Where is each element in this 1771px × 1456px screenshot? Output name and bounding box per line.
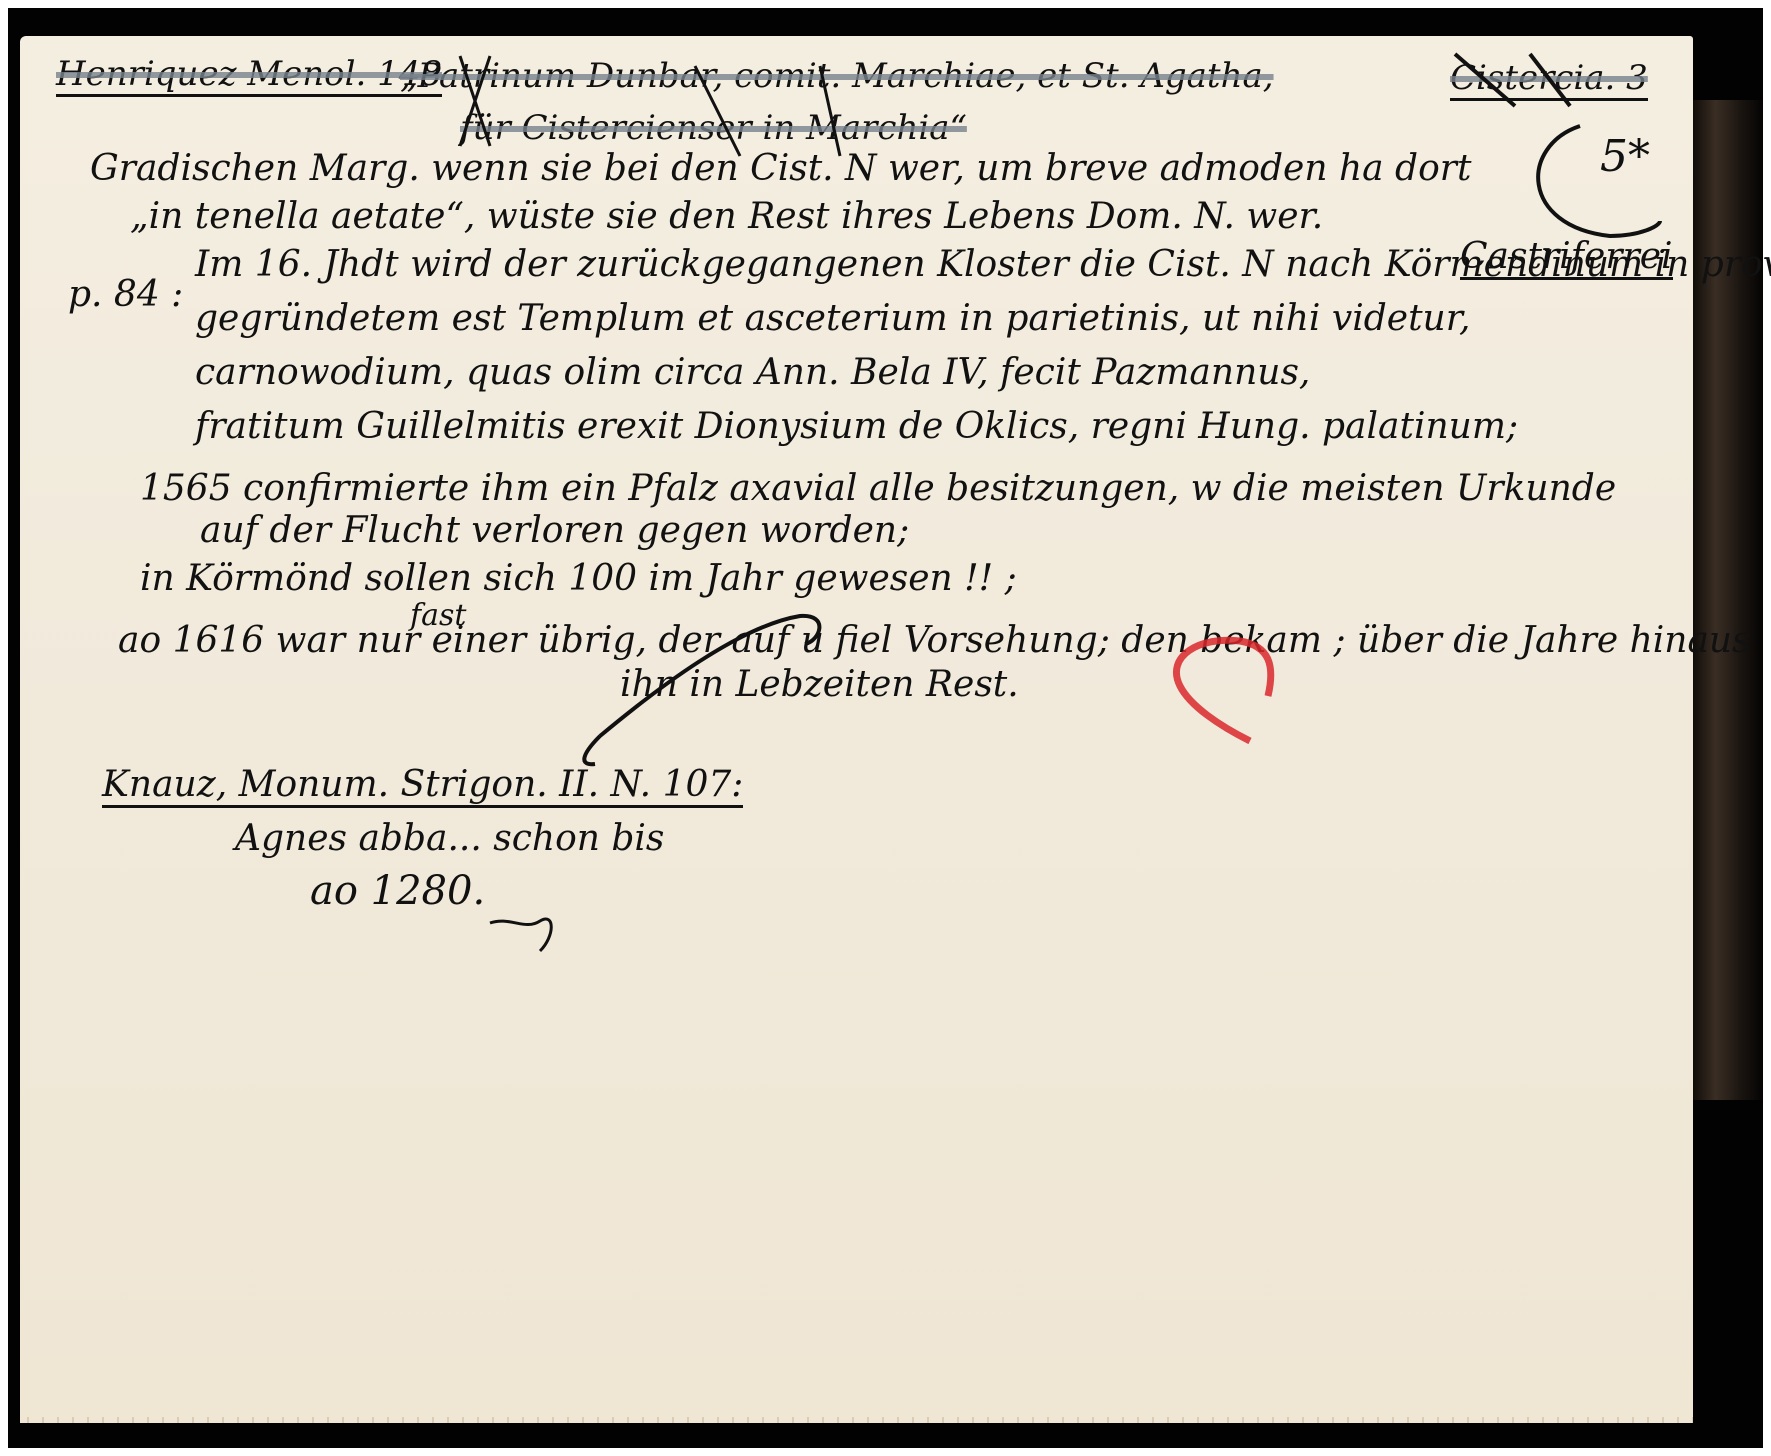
manuscript-page: Henriquez Menol. 148 „Patrinum Dunbar, c… — [20, 36, 1693, 1420]
ink-strokes — [20, 36, 1693, 1420]
